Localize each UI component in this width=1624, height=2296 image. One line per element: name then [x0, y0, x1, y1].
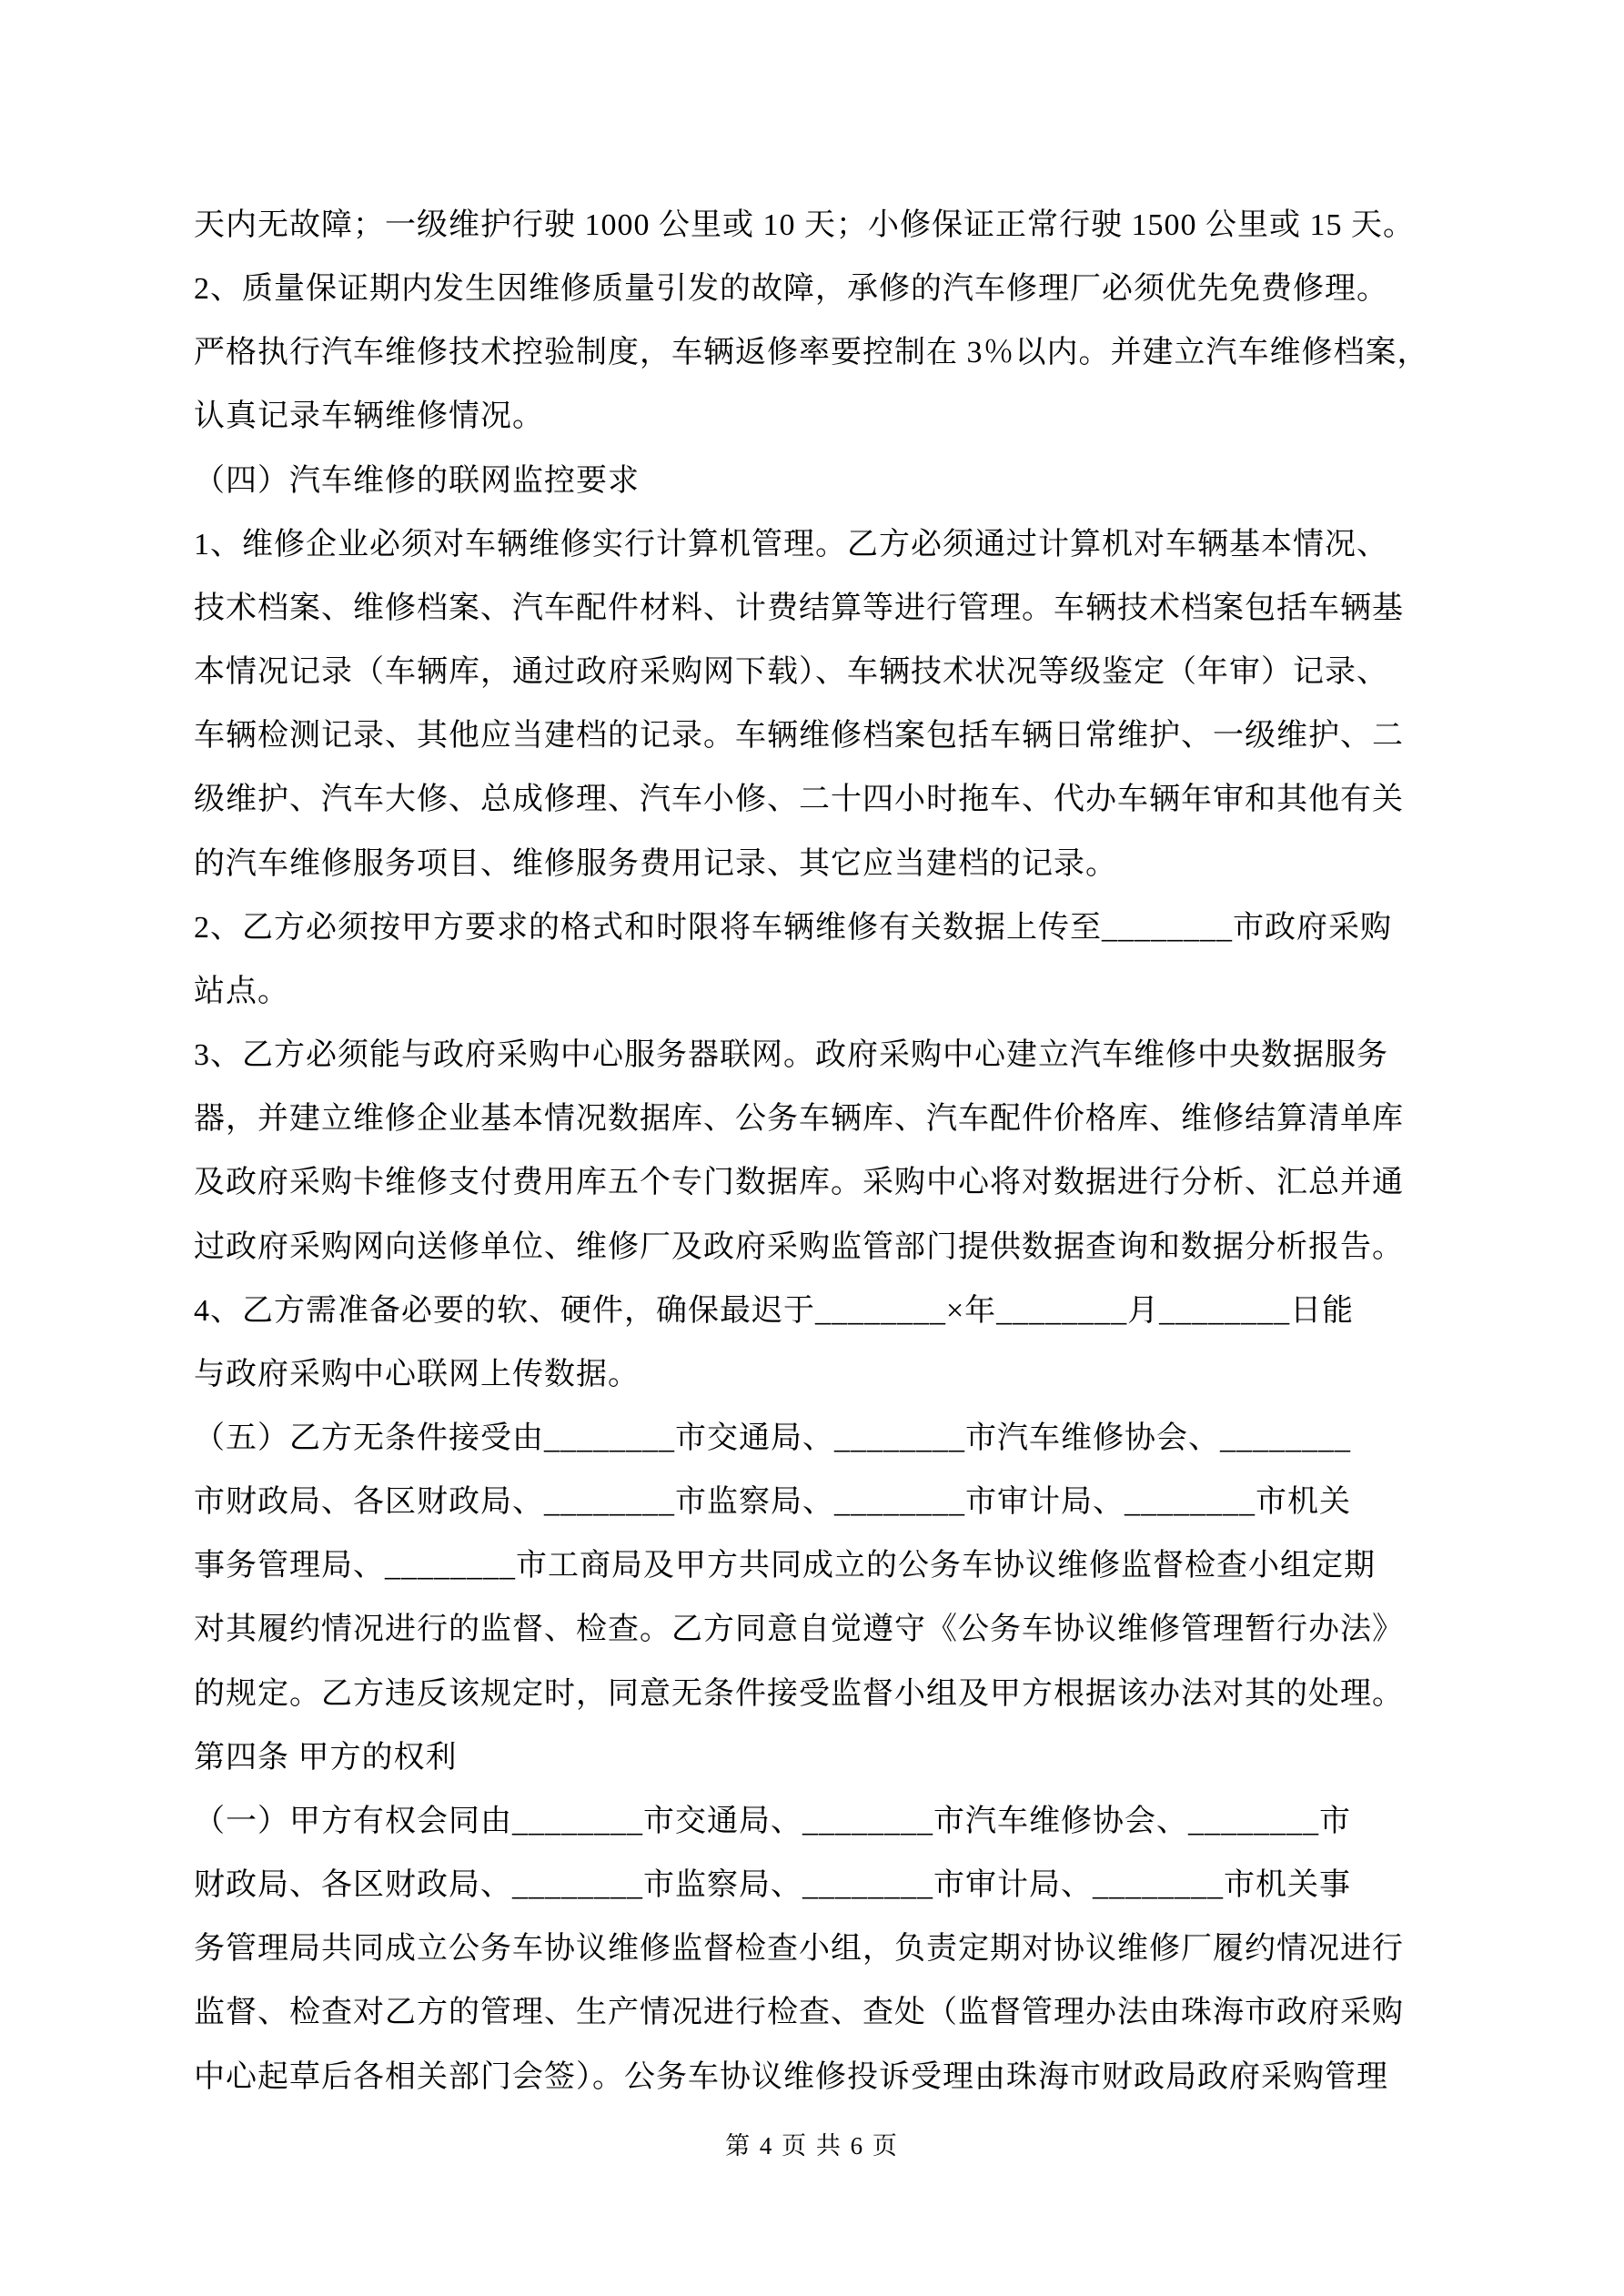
- text-line-with-blank: 财政局、各区财政局、________市监察局、________市审计局、____…: [194, 1854, 1486, 1917]
- section-heading-article-4: 第四条 甲方的权利: [194, 1726, 1486, 1790]
- text-line-with-blank: 市财政局、各区财政局、________市监察局、________市审计局、___…: [194, 1471, 1486, 1534]
- text-line: 3、乙方必须能与政府采购中心服务器联网。政府采购中心建立汽车维修中央数据服务: [194, 1024, 1486, 1087]
- text-line: 2、质量保证期内发生因维修质量引发的故障，承修的汽车修理厂必须优先免费修理。: [194, 258, 1486, 321]
- contract-body-text: 天内无故障；一级维护行驶 1000 公里或 10 天；小修保证正常行驶 1500…: [194, 194, 1486, 2109]
- text-line-with-blank: 事务管理局、________市工商局及甲方共同成立的公务车协议维修监督检查小组定…: [194, 1534, 1486, 1598]
- text-line: 及政府采购卡维修支付费用库五个专门数据库。采购中心将对数据进行分析、汇总并通: [194, 1151, 1486, 1215]
- text-line: 严格执行汽车维修技术控验制度，车辆返修率要控制在 3％以内。并建立汽车维修档案，: [194, 321, 1486, 385]
- text-line: 的汽车维修服务项目、维修服务费用记录、其它应当建档的记录。: [194, 833, 1486, 896]
- text-line: 级维护、汽车大修、总成修理、汽车小修、二十四小时拖车、代办车辆年审和其他有关: [194, 768, 1486, 832]
- text-line: 中心起草后各相关部门会签）。公务车协议维修投诉受理由珠海市财政局政府采购管理: [194, 2046, 1486, 2109]
- text-line: 器，并建立维修企业基本情况数据库、公务车辆库、汽车配件价格库、维修结算清单库: [194, 1087, 1486, 1151]
- text-line: 认真记录车辆维修情况。: [194, 385, 1486, 449]
- section-heading-4: （四）汽车维修的联网监控要求: [194, 450, 1486, 513]
- text-line: 技术档案、维修档案、汽车配件材料、计费结算等进行管理。车辆技术档案包括车辆基: [194, 577, 1486, 641]
- text-line: 对其履约情况进行的监督、检查。乙方同意自觉遵守《公务车协议维修管理暂行办法》: [194, 1598, 1486, 1662]
- text-line: 车辆检测记录、其他应当建档的记录。车辆维修档案包括车辆日常维护、一级维护、二: [194, 704, 1486, 768]
- text-line: 监督、检查对乙方的管理、生产情况进行检查、查处（监督管理办法由珠海市政府采购: [194, 1981, 1486, 2045]
- text-line: 天内无故障；一级维护行驶 1000 公里或 10 天；小修保证正常行驶 1500…: [194, 194, 1486, 258]
- text-line: 过政府采购网向送修单位、维修厂及政府采购监管部门提供数据查询和数据分析报告。: [194, 1216, 1486, 1279]
- text-line-with-blank: （一）甲方有权会同由________市交通局、________市汽车维修协会、_…: [194, 1790, 1486, 1854]
- text-line: 1、维修企业必须对车辆维修实行计算机管理。乙方必须通过计算机对车辆基本情况、: [194, 513, 1486, 577]
- page-number-footer: 第 4 页 共 6 页: [0, 2128, 1624, 2164]
- text-line-with-blank: 4、乙方需准备必要的软、硬件，确保最迟于________×年________月_…: [194, 1279, 1486, 1343]
- text-line: 务管理局共同成立公务车协议维修监督检查小组，负责定期对协议维修厂履约情况进行: [194, 1917, 1486, 1981]
- text-line: 本情况记录（车辆库，通过政府采购网下载）、车辆技术状况等级鉴定（年审）记录、: [194, 641, 1486, 704]
- text-line: 的规定。乙方违反该规定时，同意无条件接受监督小组及甲方根据该办法对其的处理。: [194, 1663, 1486, 1726]
- text-line: 站点。: [194, 960, 1486, 1024]
- text-line: 与政府采购中心联网上传数据。: [194, 1343, 1486, 1407]
- text-line-with-blank: 2、乙方必须按甲方要求的格式和时限将车辆维修有关数据上传至________市政府…: [194, 896, 1486, 960]
- text-line-with-blank: （五）乙方无条件接受由________市交通局、________市汽车维修协会、…: [194, 1407, 1486, 1471]
- contract-page: 天内无故障；一级维护行驶 1000 公里或 10 天；小修保证正常行驶 1500…: [0, 0, 1624, 2296]
